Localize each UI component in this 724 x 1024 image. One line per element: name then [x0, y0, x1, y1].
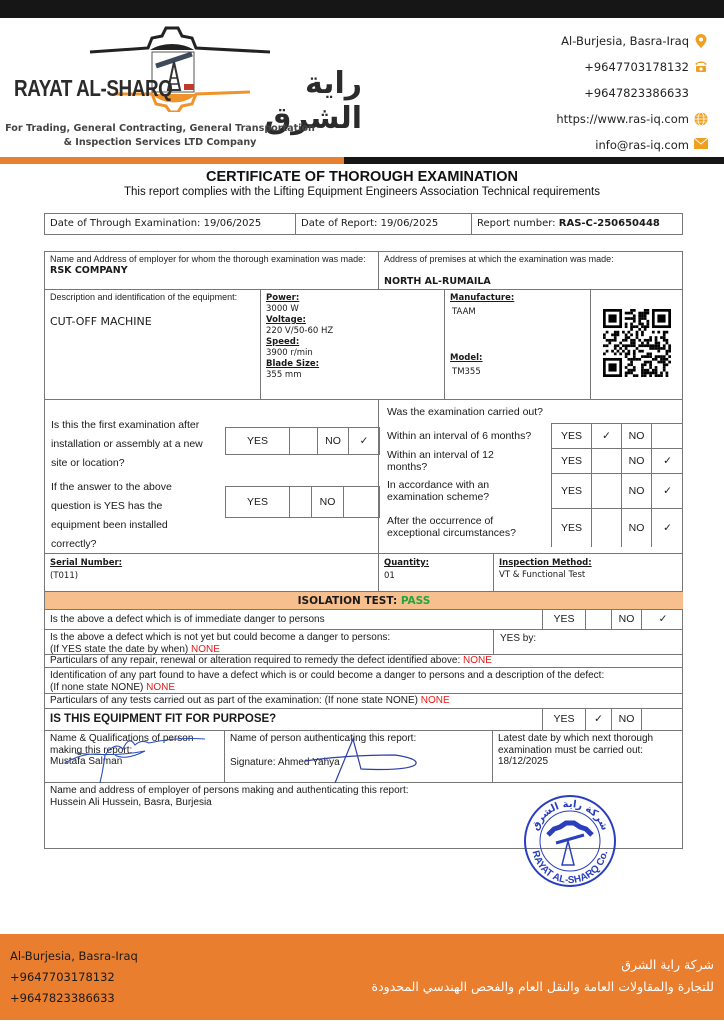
- isolation-test-result: PASS: [401, 595, 431, 607]
- yes-label: YES: [552, 449, 592, 473]
- defective-part-hint: (If none state NONE): [50, 682, 143, 693]
- company-stamp: شركة راية الشرق RAYAT AL-SHARQ Co.: [522, 793, 618, 894]
- no-label: NO: [622, 509, 652, 547]
- serial-number-label: Serial Number:: [50, 557, 373, 570]
- yes-label: YES: [552, 509, 592, 547]
- voltage-value: 220 V/50-60 HZ: [266, 326, 439, 337]
- footer-phone-1[interactable]: +9647703178132: [10, 967, 138, 988]
- report-maker-cell: Name & Qualifications of person making t…: [45, 731, 225, 783]
- examination-interval-cell: Was the examination carried out? Within …: [379, 400, 683, 554]
- authenticator-cell: Name of person authenticating this repor…: [225, 731, 493, 783]
- location-pin-icon: [694, 34, 708, 48]
- speed-value: 3900 r/min: [266, 348, 439, 359]
- immediate-danger-question: Is the above a defect which is of immedi…: [50, 610, 325, 629]
- quantity-value: 01: [384, 570, 488, 583]
- no-label: NO: [622, 449, 652, 473]
- power-value: 3000 W: [266, 304, 439, 315]
- company-tagline: For Trading, General Contracting, Genera…: [0, 122, 320, 150]
- equipment-description-cell: Description and identification of the eq…: [45, 290, 261, 400]
- employer-label: Name and Address of employer for whom th…: [50, 254, 373, 265]
- model-value: TM355: [450, 367, 585, 378]
- repair-value: NONE: [463, 655, 492, 666]
- yes-label: YES: [552, 424, 592, 448]
- no-checkbox[interactable]: ✓: [652, 509, 683, 547]
- envelope-icon: [694, 138, 708, 152]
- immediate-danger-row: Is the above a defect which is of immedi…: [45, 610, 683, 630]
- interval-question: Within an interval of 6 months?: [387, 423, 535, 448]
- manufacture-label: Manufacture:: [450, 293, 585, 304]
- yes-checkbox[interactable]: [592, 509, 622, 547]
- exam-date-value: 19/06/2025: [204, 218, 262, 229]
- no-label: NO: [612, 609, 642, 629]
- footer-arabic-line1: شركة راية الشرق: [372, 954, 714, 976]
- tests-question: Particulars of any tests carried out as …: [50, 695, 418, 706]
- yes-checkbox[interactable]: [586, 609, 612, 629]
- footer-arabic-line2: للتجارة والمقاولات العامة والنقل العام و…: [372, 976, 714, 998]
- header-divider-black: [344, 157, 724, 164]
- equipment-value: CUT-OFF MACHINE: [50, 316, 255, 327]
- company-logo: RAYAT AL-SHARQ راية الشرق For Trading, G…: [0, 18, 362, 158]
- first-exam-yes-no: YES NO ✓: [225, 427, 380, 455]
- footer-address: Al-Burjesia, Basra-Iraq: [10, 946, 138, 967]
- blade-size-label: Blade Size:: [266, 359, 439, 370]
- telephone-icon: [694, 60, 708, 74]
- no-label: NO: [612, 708, 642, 730]
- footer-arabic-name: شركة راية الشرق للتجارة والمقاولات العام…: [372, 954, 714, 998]
- top-bar: [0, 0, 724, 18]
- inspection-method-label: Inspection Method:: [499, 557, 678, 569]
- yes-checkbox[interactable]: [290, 428, 318, 454]
- no-checkbox[interactable]: ✓: [349, 428, 380, 454]
- examination-form: Name and Address of employer for whom th…: [44, 251, 683, 849]
- fitness-question: IS THIS EQUIPMENT FIT FOR PURPOSE?: [50, 709, 276, 730]
- brand-name-en: RAYAT AL-SHARQ: [14, 75, 172, 102]
- website-link[interactable]: https://www.ras-iq.com: [556, 110, 689, 128]
- speed-label: Speed:: [266, 337, 439, 348]
- question-first-exam: Is this the first examination after inst…: [51, 416, 211, 473]
- no-checkbox[interactable]: ✓: [642, 609, 684, 629]
- yes-label: YES: [552, 474, 592, 508]
- repair-row: Particulars of any repair, renewal or al…: [45, 655, 683, 668]
- immediate-danger-yes-no: YES NO ✓: [542, 609, 684, 629]
- yes-checkbox[interactable]: [290, 487, 312, 517]
- yes-by-cell: YES by:: [494, 630, 683, 655]
- address-text: Al-Burjesia, Basra-Iraq: [561, 32, 689, 50]
- yes-checkbox[interactable]: [592, 474, 622, 508]
- no-label: NO: [312, 487, 344, 517]
- contact-phone-2[interactable]: +9647823386633: [556, 80, 708, 106]
- yes-checkbox[interactable]: ✓: [586, 708, 612, 730]
- maker-signature-icon: [45, 731, 225, 783]
- report-date-value: 19/06/2025: [381, 218, 439, 229]
- defective-part-row: Identification of any part found to have…: [45, 668, 683, 694]
- blade-size-value: 355 mm: [266, 370, 439, 381]
- employer-value: RSK COMPANY: [50, 265, 373, 276]
- installation-questions-cell: Is this the first examination after inst…: [45, 400, 379, 554]
- inspection-method-cell: Inspection Method: VT & Functional Test: [494, 554, 683, 592]
- repair-question: Particulars of any repair, renewal or al…: [50, 655, 460, 666]
- report-number-value: RAS-C-250650448: [559, 218, 660, 229]
- no-checkbox[interactable]: [344, 487, 380, 517]
- contact-phone-1[interactable]: +9647703178132: [556, 54, 708, 80]
- premises-value: NORTH AL-RUMAILA: [384, 276, 678, 287]
- footer-contact: Al-Burjesia, Basra-Iraq +9647703178132 +…: [10, 946, 138, 1009]
- serial-number-cell: Serial Number: (T011): [45, 554, 379, 592]
- phone-1-text[interactable]: +9647703178132: [584, 58, 689, 76]
- interval-yes-no: YESNO✓: [551, 448, 683, 474]
- qr-code-icon[interactable]: [603, 309, 671, 377]
- page-title: CERTIFICATE OF THOROUGH EXAMINATION: [0, 169, 724, 185]
- tagline-line1: For Trading, General Contracting, Genera…: [0, 122, 320, 136]
- defective-part-value: NONE: [146, 682, 175, 693]
- equipment-specs-cell: Power: 3000 W Voltage: 220 V/50-60 HZ Sp…: [261, 290, 445, 400]
- interval-question: Within an interval of 12 months?: [387, 448, 535, 473]
- page-footer: Al-Burjesia, Basra-Iraq +9647703178132 +…: [0, 934, 724, 1020]
- globe-icon: [694, 112, 708, 126]
- header-divider-orange: [0, 157, 344, 164]
- equipment-label: Description and identification of the eq…: [50, 292, 255, 303]
- no-checkbox[interactable]: [642, 708, 684, 730]
- installed-correctly-yes-no: YES NO: [225, 486, 380, 518]
- fitness-row: IS THIS EQUIPMENT FIT FOR PURPOSE? YES ✓…: [45, 709, 683, 731]
- power-label: Power:: [266, 293, 439, 304]
- interval-question: In accordance with an examination scheme…: [387, 473, 535, 508]
- tests-value: NONE: [421, 695, 450, 706]
- manufacture-value: TAAM: [450, 307, 585, 318]
- next-exam-label: Latest date by which next thorough exami…: [498, 733, 678, 756]
- defective-part-question: Identification of any part found to have…: [50, 670, 678, 682]
- authenticator-signature-icon: [225, 731, 493, 783]
- page-subtitle: This report complies with the Lifting Eq…: [0, 186, 724, 198]
- future-danger-question: Is the above a defect which is not yet b…: [50, 632, 488, 644]
- serial-number-value: (T011): [50, 570, 373, 583]
- quantity-label: Quantity:: [384, 557, 488, 570]
- premises-label: Address of premises at which the examina…: [384, 254, 678, 265]
- qr-code-cell: [591, 290, 683, 400]
- report-number-label: Report number:: [477, 218, 556, 229]
- exam-date-cell: Date of Through Examination: 19/06/2025: [45, 214, 296, 234]
- no-label: NO: [318, 428, 349, 454]
- report-date-cell: Date of Report: 19/06/2025: [296, 214, 472, 234]
- date-bar: Date of Through Examination: 19/06/2025 …: [44, 213, 683, 235]
- no-checkbox[interactable]: ✓: [652, 474, 683, 508]
- phone-2-text[interactable]: +9647823386633: [584, 84, 689, 102]
- no-checkbox[interactable]: ✓: [652, 449, 683, 473]
- yes-checkbox[interactable]: [592, 449, 622, 473]
- footer-phone-2[interactable]: +9647823386633: [10, 988, 138, 1009]
- svg-text:RAYAT AL-SHARQ Co.: RAYAT AL-SHARQ Co.: [529, 849, 610, 886]
- blank-icon-spacer: [694, 86, 708, 100]
- yes-label: YES: [226, 428, 290, 454]
- no-label: NO: [622, 474, 652, 508]
- svg-text:شركة راية الشرق: شركة راية الشرق: [530, 799, 610, 833]
- yes-label: YES: [226, 487, 290, 517]
- interval-heading: Was the examination carried out?: [387, 403, 543, 422]
- employer-cell: Name and Address of employer for whom th…: [45, 252, 379, 290]
- yes-label: YES: [543, 609, 586, 629]
- isolation-test-band: ISOLATION TEST: PASS: [45, 592, 683, 610]
- next-exam-date: 18/12/2025: [498, 756, 678, 768]
- inspection-method-value: VT & Functional Test: [499, 569, 678, 581]
- contact-info: Al-Burjesia, Basra-Iraq +9647703178132 +…: [556, 28, 708, 158]
- stamp-seal-icon: شركة راية الشرق RAYAT AL-SHARQ Co.: [522, 793, 618, 889]
- report-date-label: Date of Report:: [301, 218, 377, 229]
- question-installed-correctly: If the answer to the above question is Y…: [51, 478, 211, 554]
- interval-yes-no: YES✓NO: [551, 423, 683, 449]
- yes-label: YES: [543, 708, 586, 730]
- yes-checkbox[interactable]: ✓: [592, 424, 622, 448]
- interval-yes-no: YESNO✓: [551, 473, 683, 509]
- quantity-cell: Quantity: 01: [379, 554, 494, 592]
- tagline-line2: & Inspection Services LTD Company: [0, 136, 320, 150]
- no-checkbox[interactable]: [652, 424, 683, 448]
- voltage-label: Voltage:: [266, 315, 439, 326]
- fitness-yes-no: YES ✓ NO: [542, 708, 684, 730]
- yes-by-label: YES by:: [500, 633, 536, 644]
- future-danger-hint: (If YES state the date by when): [50, 644, 188, 655]
- contact-email[interactable]: info@ras-iq.com: [556, 132, 708, 158]
- future-danger-cell: Is the above a defect which is not yet b…: [45, 630, 494, 655]
- report-number-cell: Report number: RAS-C-250650448: [472, 214, 682, 234]
- tests-row: Particulars of any tests carried out as …: [45, 694, 683, 709]
- contact-address: Al-Burjesia, Basra-Iraq: [556, 28, 708, 54]
- premises-cell: Address of premises at which the examina…: [379, 252, 683, 290]
- next-exam-cell: Latest date by which next thorough exami…: [493, 731, 683, 783]
- exam-date-label: Date of Through Examination:: [50, 218, 200, 229]
- interval-question: After the occurrence of exceptional circ…: [387, 508, 535, 546]
- email-link[interactable]: info@ras-iq.com: [595, 136, 689, 154]
- no-label: NO: [622, 424, 652, 448]
- isolation-test-label: ISOLATION TEST:: [298, 595, 398, 607]
- model-label: Model:: [450, 353, 585, 364]
- interval-yes-no: YESNO✓: [551, 508, 683, 547]
- future-danger-value: NONE: [191, 644, 220, 655]
- contact-website[interactable]: https://www.ras-iq.com: [556, 106, 708, 132]
- manufacture-model-cell: Manufacture: TAAM Model: TM355: [445, 290, 591, 400]
